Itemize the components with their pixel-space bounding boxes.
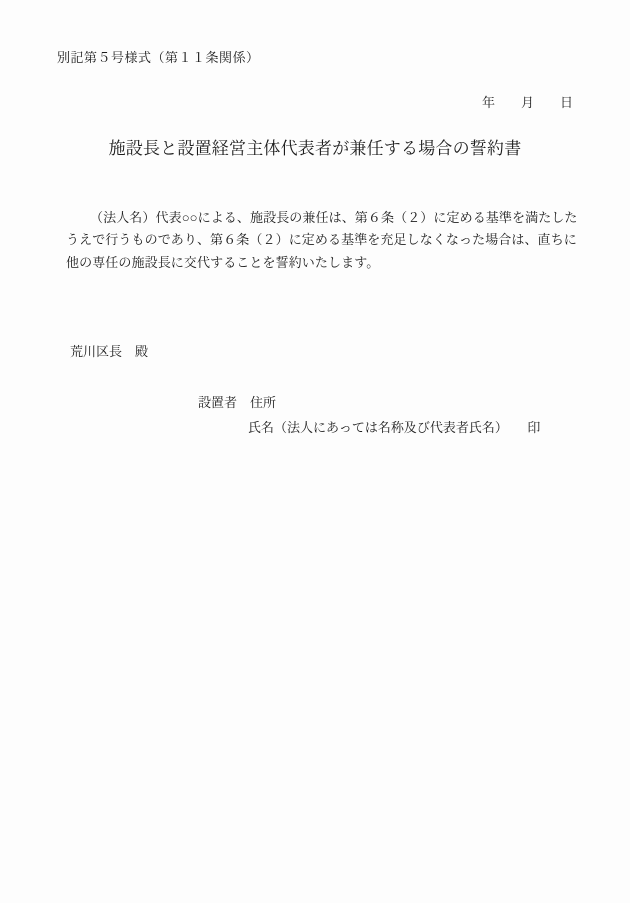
oath-body-line-3: 他の専任の施設長に交代することを誓約いたします。: [66, 252, 566, 274]
document-page: 別記第５号様式（第１１条関係） 年 月 日 施設長と設置経営主体代表者が兼任する…: [0, 0, 630, 903]
document-title: 施設長と設置経営主体代表者が兼任する場合の誓約書: [0, 138, 630, 159]
issuer-signature-block: 設置者 住所 氏名（法人にあっては名称及び代表者氏名） 印: [198, 390, 540, 440]
issuer-address-line: 設置者 住所: [198, 390, 540, 415]
date-line: 年 月 日: [482, 95, 573, 111]
oath-body-line-1: （法人名）代表○○による、施設長の兼任は、第６条（２）に定める基準を満たした: [66, 207, 566, 229]
recipient-line: 荒川区長 殿: [70, 344, 148, 360]
form-number-label: 別記第５号様式（第１１条関係）: [57, 50, 260, 66]
oath-body-line-2: うえで行うものであり、第６条（２）に定める基準を充足しなくなった場合は、直ちに: [66, 229, 566, 251]
issuer-name-seal-line: 氏名（法人にあっては名称及び代表者氏名） 印: [248, 415, 540, 440]
oath-body-paragraph: （法人名）代表○○による、施設長の兼任は、第６条（２）に定める基準を満たした う…: [66, 207, 566, 274]
